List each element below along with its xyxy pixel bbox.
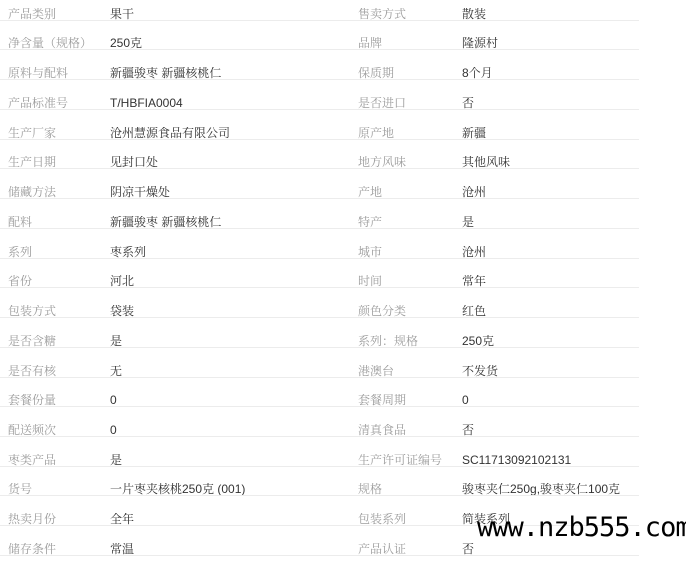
spec-value: 0	[462, 394, 639, 406]
spec-label: 套餐份量	[0, 394, 110, 406]
spec-label: 港澳台	[343, 365, 462, 377]
spec-row: 套餐周期0	[343, 378, 639, 408]
spec-value: 新疆	[462, 127, 639, 139]
spec-value: 红色	[462, 305, 639, 317]
spec-row: 是否进口否	[343, 80, 639, 110]
spec-label: 产地	[343, 186, 462, 198]
spec-value: 250克	[462, 335, 639, 347]
spec-value: 新疆骏枣 新疆核桃仁	[110, 216, 343, 228]
spec-value: 0	[110, 424, 343, 436]
spec-value: 否	[462, 543, 639, 555]
spec-row: 城市沧州	[343, 229, 639, 259]
spec-label: 售卖方式	[343, 8, 462, 20]
spec-row: 地方风味其他风味	[343, 140, 639, 170]
spec-row: 包装系列简装系列	[343, 496, 639, 526]
spec-label: 是否含糖	[0, 335, 110, 347]
spec-label: 净含量（规格）	[0, 37, 110, 49]
spec-label: 清真食品	[343, 424, 462, 436]
spec-value: 0	[110, 394, 343, 406]
spec-row: 生产许可证编号SC11713092102131	[343, 437, 639, 467]
spec-value: 沧州慧源食品有限公司	[110, 127, 343, 139]
spec-label: 货号	[0, 483, 110, 495]
spec-label: 城市	[343, 246, 462, 258]
spec-value: 常年	[462, 275, 639, 287]
spec-label: 配送频次	[0, 424, 110, 436]
spec-value: 枣系列	[110, 246, 343, 258]
spec-label: 产品类别	[0, 8, 110, 20]
spec-row: 储藏方法阴凉干燥处	[0, 169, 343, 199]
spec-label: 热卖月份	[0, 513, 110, 525]
spec-value: 全年	[110, 513, 343, 525]
spec-label: 配料	[0, 216, 110, 228]
spec-value: 250克	[110, 37, 343, 49]
spec-label: 颜色分类	[343, 305, 462, 317]
spec-label: 套餐周期	[343, 394, 462, 406]
spec-value: 否	[462, 97, 639, 109]
spec-row: 产品标准号T/HBFIA0004	[0, 80, 343, 110]
spec-value: SC11713092102131	[462, 454, 639, 466]
spec-value: 新疆骏枣 新疆核桃仁	[110, 67, 343, 79]
spec-row: 港澳台不发货	[343, 348, 639, 378]
spec-label: 特产	[343, 216, 462, 228]
spec-row: 是否含糖是	[0, 318, 343, 348]
spec-label: 产品认证	[343, 543, 462, 555]
spec-label: 是否有核	[0, 365, 110, 377]
spec-column-right: 售卖方式散装品牌隆源村保质期8个月是否进口否原产地新疆地方风味其他风味产地沧州特…	[343, 0, 639, 556]
spec-label: 储存条件	[0, 543, 110, 555]
spec-label: 原料与配料	[0, 67, 110, 79]
spec-row: 清真食品否	[343, 407, 639, 437]
spec-row: 时间常年	[343, 259, 639, 289]
spec-row: 配送频次0	[0, 407, 343, 437]
product-spec-panel: 产品类别果干净含量（规格）250克原料与配料新疆骏枣 新疆核桃仁产品标准号T/H…	[0, 0, 686, 565]
spec-row: 净含量（规格）250克	[0, 21, 343, 51]
spec-value: 是	[110, 335, 343, 347]
spec-label: 系列：规格	[343, 335, 462, 347]
spec-row: 热卖月份全年	[0, 496, 343, 526]
spec-label: 生产许可证编号	[343, 454, 462, 466]
spec-value: 见封口处	[110, 156, 343, 168]
spec-value: 8个月	[462, 67, 639, 79]
spec-row: 产品类别果干	[0, 0, 343, 21]
spec-label: 品牌	[343, 37, 462, 49]
spec-value: 袋装	[110, 305, 343, 317]
spec-label: 包装系列	[343, 513, 462, 525]
spec-row: 套餐份量0	[0, 378, 343, 408]
spec-row: 保质期8个月	[343, 50, 639, 80]
spec-value: 沧州	[462, 246, 639, 258]
spec-value: 否	[462, 424, 639, 436]
spec-value: T/HBFIA0004	[110, 97, 343, 109]
spec-label: 生产厂家	[0, 127, 110, 139]
spec-row: 系列：规格250克	[343, 318, 639, 348]
spec-value: 其他风味	[462, 156, 639, 168]
spec-row: 颜色分类红色	[343, 288, 639, 318]
spec-label: 包装方式	[0, 305, 110, 317]
spec-label: 地方风味	[343, 156, 462, 168]
spec-value: 河北	[110, 275, 343, 287]
spec-row: 货号一片枣夹核桃250克 (001)	[0, 467, 343, 497]
spec-value: 简装系列	[462, 513, 639, 525]
spec-label: 保质期	[343, 67, 462, 79]
spec-row: 原料与配料新疆骏枣 新疆核桃仁	[0, 50, 343, 80]
spec-value: 果干	[110, 8, 343, 20]
spec-label: 储藏方法	[0, 186, 110, 198]
spec-label: 系列	[0, 246, 110, 258]
spec-value: 是	[110, 454, 343, 466]
spec-label: 规格	[343, 483, 462, 495]
spec-value: 不发货	[462, 365, 639, 377]
spec-row: 规格骏枣夹仁250g,骏枣夹仁100克	[343, 467, 639, 497]
spec-value: 沧州	[462, 186, 639, 198]
spec-value: 是	[462, 216, 639, 228]
spec-row: 产地沧州	[343, 169, 639, 199]
spec-row: 售卖方式散装	[343, 0, 639, 21]
spec-row: 配料新疆骏枣 新疆核桃仁	[0, 199, 343, 229]
spec-label: 原产地	[343, 127, 462, 139]
spec-value: 隆源村	[462, 37, 639, 49]
spec-value: 骏枣夹仁250g,骏枣夹仁100克	[462, 483, 639, 495]
spec-row: 系列枣系列	[0, 229, 343, 259]
spec-value: 常温	[110, 543, 343, 555]
spec-row: 原产地新疆	[343, 110, 639, 140]
spec-label: 是否进口	[343, 97, 462, 109]
spec-label: 省份	[0, 275, 110, 287]
spec-row: 品牌隆源村	[343, 21, 639, 51]
spec-row: 是否有核无	[0, 348, 343, 378]
spec-row: 产品认证否	[343, 526, 639, 556]
spec-row: 生产日期见封口处	[0, 140, 343, 170]
spec-row: 包装方式袋装	[0, 288, 343, 318]
spec-column-left: 产品类别果干净含量（规格）250克原料与配料新疆骏枣 新疆核桃仁产品标准号T/H…	[0, 0, 343, 556]
spec-row: 储存条件常温	[0, 526, 343, 556]
spec-value: 散装	[462, 8, 639, 20]
spec-row: 枣类产品是	[0, 437, 343, 467]
spec-label: 产品标准号	[0, 97, 110, 109]
spec-label: 生产日期	[0, 156, 110, 168]
spec-value: 无	[110, 365, 343, 377]
spec-label: 时间	[343, 275, 462, 287]
spec-row: 省份河北	[0, 259, 343, 289]
spec-value: 一片枣夹核桃250克 (001)	[110, 483, 343, 495]
spec-value: 阴凉干燥处	[110, 186, 343, 198]
spec-row: 生产厂家沧州慧源食品有限公司	[0, 110, 343, 140]
spec-label: 枣类产品	[0, 454, 110, 466]
spec-row: 特产是	[343, 199, 639, 229]
spec-columns: 产品类别果干净含量（规格）250克原料与配料新疆骏枣 新疆核桃仁产品标准号T/H…	[0, 0, 686, 556]
